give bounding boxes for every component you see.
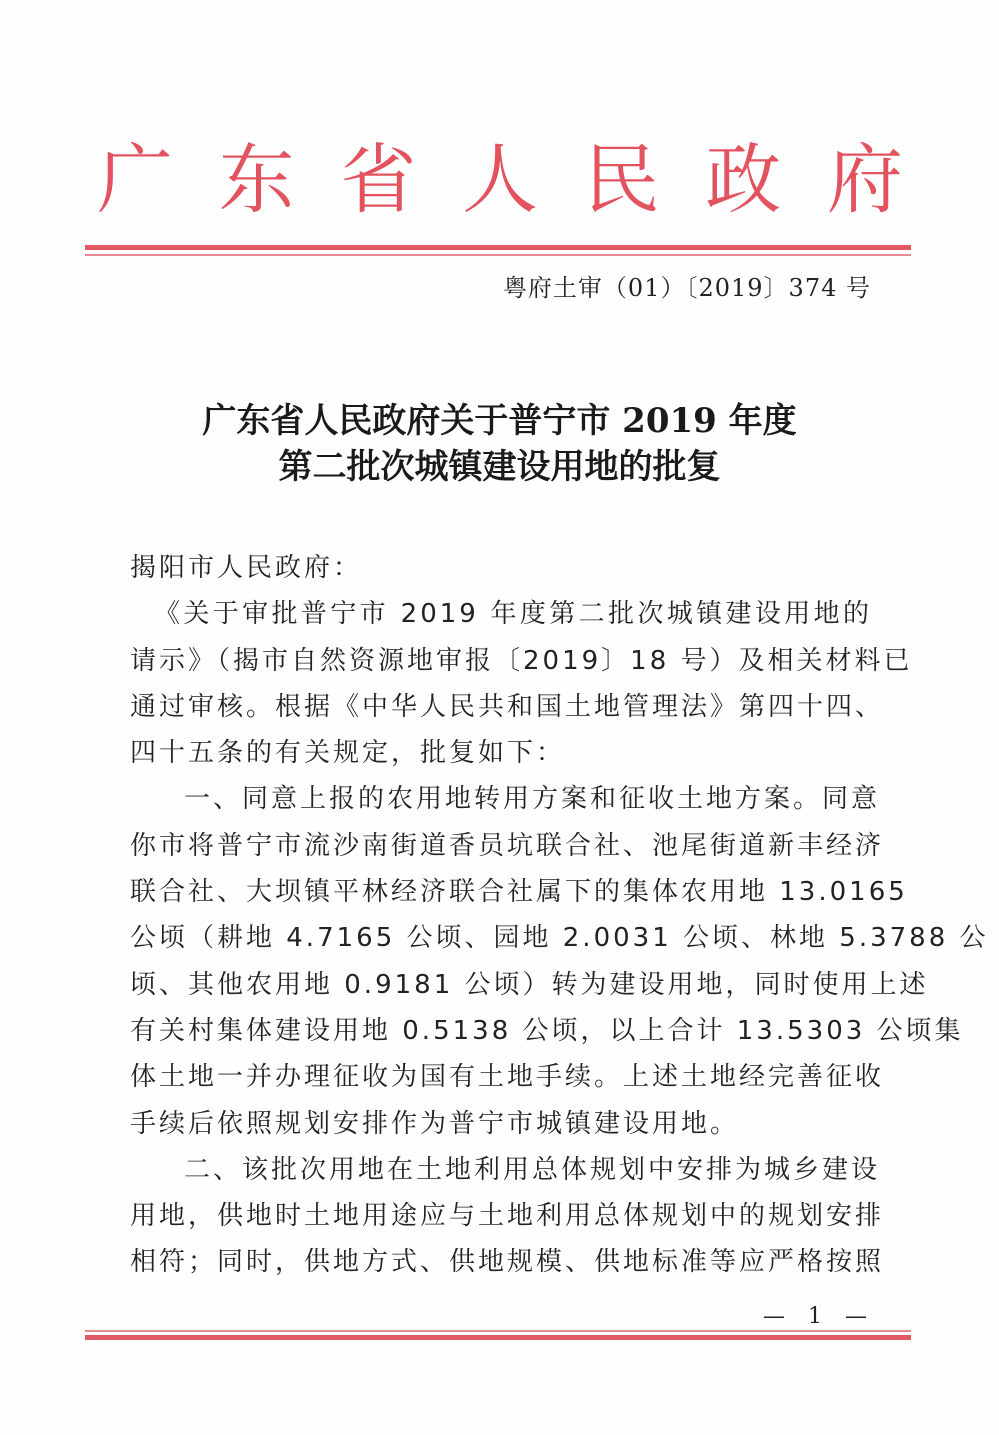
title-line: 广东省人民政府关于普宁市 2019 年度 xyxy=(0,398,999,444)
body-line: 手续后依照规划安排作为普宁市城镇建设用地。 xyxy=(130,1101,872,1147)
title-line: 第二批次城镇建设用地的批复 xyxy=(0,444,999,490)
body-line: 你市将普宁市流沙南街道香员坑联合社、池尾街道新丰经济 xyxy=(130,823,872,869)
body-line: 二、该批次用地在土地利用总体规划中安排为城乡建设 xyxy=(130,1147,872,1193)
document-body: 揭阳市人民政府： 《关于审批普宁市 2019 年度第二批次城镇建设用地的 请示》… xyxy=(130,545,872,1286)
body-line: 联合社、大坝镇平林经济联合社属下的集体农用地 13.0165 xyxy=(130,869,872,915)
body-line: 顷、其他农用地 0.9181 公顷）转为建设用地，同时使用上述 xyxy=(130,962,872,1008)
paragraph-item-one: 一、同意上报的农用地转用方案和征收土地方案。同意 你市将普宁市流沙南街道香员坑联… xyxy=(130,776,872,1146)
masthead-char: 民 xyxy=(577,135,667,225)
body-line: 用地，供地时土地用途应与土地利用总体规划中的规划安排 xyxy=(130,1193,872,1239)
masthead-char: 省 xyxy=(333,135,423,225)
footer-divider-thick xyxy=(85,1335,911,1340)
masthead-char: 政 xyxy=(698,135,788,225)
document-page: 广 东 省 人 民 政 府 粤府土审（01）〔2019〕374 号 广东省人民政… xyxy=(0,0,999,1435)
masthead-divider-thick xyxy=(85,245,911,250)
masthead-char: 广 xyxy=(90,135,180,225)
page-number: — 1 — xyxy=(763,1302,875,1332)
body-line: 四十五条的有关规定，批复如下： xyxy=(130,730,872,776)
document-number: 粤府土审（01）〔2019〕374 号 xyxy=(503,270,871,306)
body-line: 一、同意上报的农用地转用方案和征收土地方案。同意 xyxy=(130,776,872,822)
body-line: 有关村集体建设用地 0.5138 公顷，以上合计 13.5303 公顷集 xyxy=(130,1008,872,1054)
body-line: 体土地一并办理征收为国有土地手续。上述土地经完善征收 xyxy=(130,1054,872,1100)
masthead-char: 人 xyxy=(455,135,545,225)
body-line: 相符；同时，供地方式、供地规模、供地标准等应严格按照 xyxy=(130,1239,872,1285)
masthead-char: 东 xyxy=(212,135,302,225)
body-line: 请示》（揭市自然资源地审报〔2019〕18 号）及相关材料已 xyxy=(130,638,872,684)
document-title: 广东省人民政府关于普宁市 2019 年度 第二批次城镇建设用地的批复 xyxy=(0,398,999,490)
masthead-issuer: 广 东 省 人 民 政 府 xyxy=(90,135,910,225)
footer-divider-thin xyxy=(85,1330,911,1332)
body-line: 公顷（耕地 4.7165 公顷、园地 2.0031 公顷、林地 5.3788 公 xyxy=(130,915,872,961)
addressee: 揭阳市人民政府： xyxy=(130,545,872,591)
body-line: 《关于审批普宁市 2019 年度第二批次城镇建设用地的 xyxy=(130,591,872,637)
body-line: 通过审核。根据《中华人民共和国土地管理法》第四十四、 xyxy=(130,684,872,730)
masthead-char: 府 xyxy=(820,135,910,225)
paragraph-request: 《关于审批普宁市 2019 年度第二批次城镇建设用地的 请示》（揭市自然资源地审… xyxy=(130,591,872,776)
masthead-divider-thin xyxy=(85,254,911,256)
paragraph-item-two: 二、该批次用地在土地利用总体规划中安排为城乡建设 用地，供地时土地用途应与土地利… xyxy=(130,1147,872,1286)
